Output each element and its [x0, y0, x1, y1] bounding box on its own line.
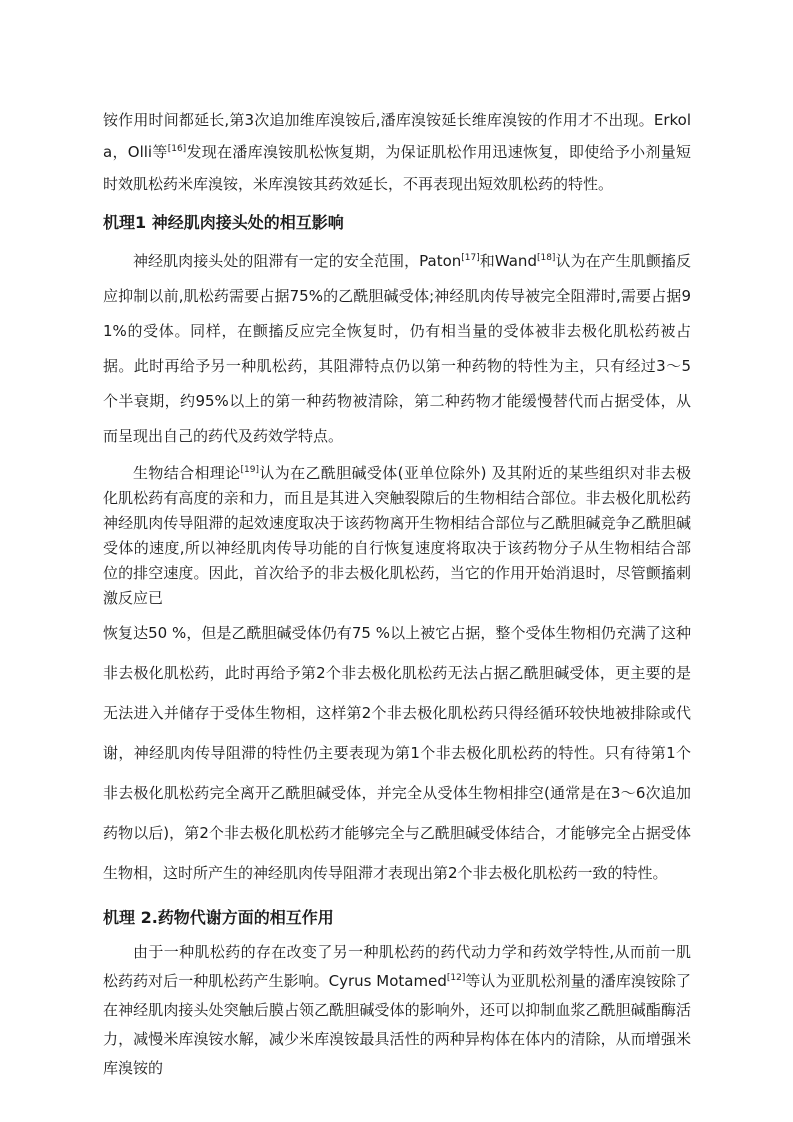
para-receptor-occupancy: 神经肌肉接头处的阻滞有一定的安全范围，Paton[17]和Wand[18]认为在… [103, 244, 691, 454]
citation-ref: [19] [241, 465, 259, 475]
heading-mechanism-2: 机理 2.药物代谢方面的相互作用 [103, 906, 691, 930]
para-biophase-continued: 恢复达50 %，但是乙酰胆碱受体仍有75 %以上被它占据，整个受体生物相仍充满了… [103, 613, 691, 893]
text-run: 机理1 神经肌肉接头处的相互影响 [103, 213, 344, 232]
para-continuation: 铵作用时间都延长,第3次追加维库溴铵后,潘库溴铵延长维库溴铵的作用才不出现。Er… [103, 104, 691, 200]
document-page: 铵作用时间都延长,第3次追加维库溴铵后,潘库溴铵延长维库溴铵的作用才不出现。Er… [0, 0, 793, 1122]
citation-ref: [18] [537, 253, 555, 263]
text-run: 认为在产生肌颤搐反应抑制以前,肌松药需要占据75%的乙酰胆碱受体;神经肌肉传导被… [103, 252, 691, 445]
text-run: 发现在潘库溴铵肌松恢复期，为保证肌松作用迅速恢复，即使给予小剂量短时效肌松药米库… [103, 143, 691, 193]
heading-mechanism-1: 机理1 神经肌肉接头处的相互影响 [103, 211, 691, 235]
text-run: 神经肌肉接头处的阻滞有一定的安全范围，Paton [133, 252, 461, 270]
text-run: 认为在乙酰胆碱受体(亚单位除外) 及其附近的某些组织对非去极化肌松药有高度的亲和… [103, 464, 691, 607]
citation-ref: [16] [168, 144, 186, 154]
text-run: 生物结合相理论 [133, 464, 241, 482]
text-run: 和Wand [480, 252, 537, 270]
citation-ref: [12] [447, 973, 465, 983]
para-metabolism: 由于一种肌松药的存在改变了另一种肌松药的药代动力学和药效学特性,从而前一肌松药药… [103, 938, 691, 1083]
citation-ref: [17] [461, 253, 479, 263]
text-run: 恢复达50 %，但是乙酰胆碱受体仍有75 %以上被它占据，整个受体生物相仍充满了… [103, 624, 691, 882]
para-biophase-theory: 生物结合相理论[19]认为在乙酰胆碱受体(亚单位除外) 及其附近的某些组织对非去… [103, 461, 691, 611]
text-run: 机理 2.药物代谢方面的相互作用 [103, 908, 334, 927]
document-content: 铵作用时间都延长,第3次追加维库溴铵后,潘库溴铵延长维库溴铵的作用才不出现。Er… [103, 104, 691, 1083]
